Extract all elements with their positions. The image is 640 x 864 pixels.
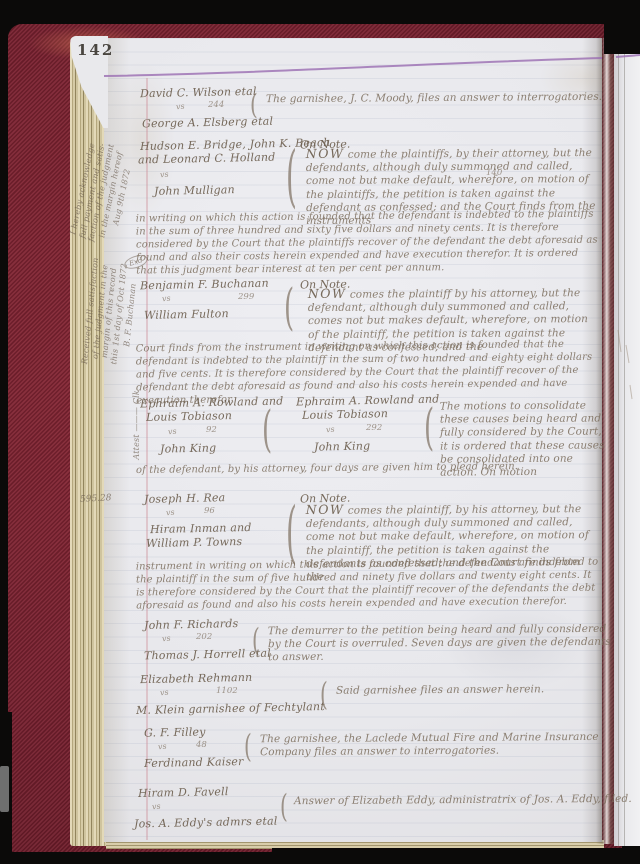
docket-number: 1102 (216, 686, 238, 696)
plaintiff-name: Elizabeth Rehmann (140, 671, 253, 686)
brace-icon: ( (284, 284, 294, 333)
gutter-crease (624, 54, 625, 846)
ledger-photo: 142 I hereby acknowledge full payment an… (0, 0, 640, 864)
defendant-name: Ferdinand Kaiser (144, 755, 244, 770)
order-text: The demurrer to the petition being heard… (268, 623, 612, 665)
vs-label: vs (176, 102, 186, 112)
defendant-name: M. Klein garnishee of Fechtylant (136, 700, 325, 717)
plaintiff-name: Ephraim A. Rowland and (296, 392, 440, 408)
docket-number: 202 (196, 632, 212, 642)
brace-icon: ( (252, 624, 260, 656)
brace-icon: ( (250, 90, 258, 118)
order-text: The garnishee, the Laclede Mutual Fire a… (260, 731, 614, 760)
defendant-name: William Fulton (144, 307, 229, 322)
defendant-name: John Mulligan (154, 183, 235, 198)
plaintiff-name: Hiram D. Favell (138, 785, 229, 800)
now-word: NOW (306, 146, 345, 161)
vs-label: vs (162, 634, 172, 644)
order-text-continued: instrument in writing on which this acti… (136, 556, 603, 613)
docket-number: 244 (208, 100, 224, 110)
background-corner (604, 0, 640, 54)
order-text-continued: in writing on which this action is found… (136, 208, 603, 278)
vs-label: vs (160, 170, 170, 180)
docket-number: 299 (238, 292, 254, 302)
vs-label: vs (168, 427, 178, 437)
defendant-name: William P. Towns (146, 535, 243, 550)
page-content: David C. Wilson etal vs 244 George A. El… (104, 38, 602, 842)
defendant-name: Hiram Inman and (150, 521, 252, 536)
defendant-name: John King (314, 439, 371, 453)
defendant-name: Jos. A. Eddy's admrs etal (134, 814, 278, 830)
plaintiff-name: Benjamin F. Buchanan (140, 277, 269, 293)
brace-icon: ( (320, 678, 328, 710)
vs-label: vs (162, 294, 172, 304)
vs-label: vs (326, 425, 336, 435)
brace-icon: ( (424, 404, 434, 453)
plaintiff-name: John F. Richards (144, 617, 239, 632)
defendant-name: John King (160, 441, 217, 455)
vs-label: vs (158, 742, 168, 752)
brace-icon: ( (286, 144, 297, 211)
plaintiff-name: G. F. Filley (144, 725, 206, 739)
plaintiff-name: and Leonard C. Holland (138, 151, 276, 167)
brace-icon: ( (244, 730, 252, 762)
plaintiff-name: Joseph H. Rea (144, 491, 226, 506)
background-corner (272, 848, 640, 864)
vs-label: vs (166, 508, 176, 518)
brace-icon: ( (286, 500, 297, 567)
docket-number: 92 (206, 425, 217, 435)
now-word: NOW (306, 502, 345, 517)
plaintiff-name: David C. Wilson etal (140, 85, 257, 100)
docket-number: 96 (204, 506, 215, 516)
vs-label: vs (152, 802, 162, 812)
brace-icon: ( (280, 790, 288, 822)
docket-number: 48 (196, 740, 207, 750)
gutter-crease (618, 54, 619, 846)
order-text: The garnishee, J. C. Moody, files an ans… (266, 91, 602, 107)
plaintiff-name: Louis Tobiason (146, 409, 232, 424)
binding-clip (0, 766, 9, 812)
plaintiff-name: Louis Tobiason (302, 407, 388, 422)
vs-label: vs (160, 688, 170, 698)
order-text: Said garnishee files an answer herein. (336, 683, 544, 698)
docket-number: 292 (366, 423, 382, 433)
order-text: Answer of Elizabeth Eddy, administratrix… (294, 793, 632, 809)
brace-icon: ( (262, 406, 272, 455)
now-word: NOW (308, 286, 347, 301)
